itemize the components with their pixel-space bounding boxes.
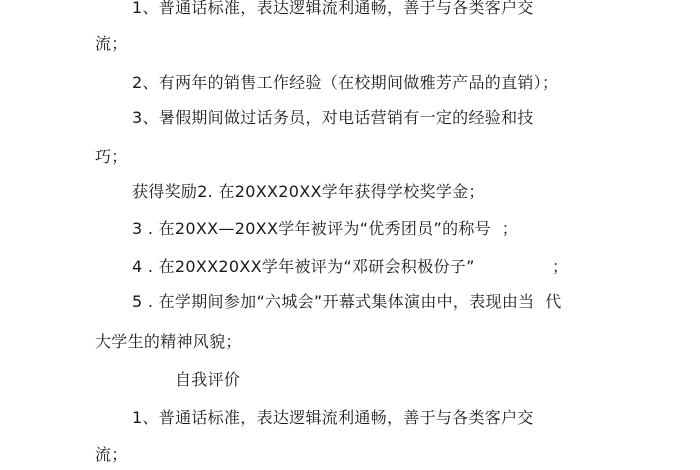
text-line-skill-2: 2、有两年的销售工作经验（在校期间做雅芳产品的直销）；: [132, 73, 558, 93]
text-line-eval-1-cont: 流；: [95, 445, 128, 465]
document-page: 1、普通话标准，表达逻辑流利通畅，善于与各类客户交 流； 2、有两年的销售工作经…: [0, 0, 700, 470]
text-line-skill-1: 1、普通话标准，表达逻辑流利通畅，善于与各类客户交: [132, 0, 534, 18]
text-line-award-5: 5 . 在学期间参加“六城会”开幕式集体演由中，表现由当 代: [132, 292, 562, 312]
text-line-award-4-semicolon: ；: [552, 257, 568, 277]
section-heading-self-evaluation: 自我评价: [175, 370, 240, 390]
text-line-award-4: 4 . 在20XX20XX学年被评为“邓研会积极份子”: [132, 257, 475, 277]
text-line-award-3: 3 . 在20XX—20XX学年被评为“优秀团员”的称号 ；: [132, 219, 518, 239]
text-line-award-2: 获得奖励2. 在20XX20XX学年获得学校奖学金；: [132, 182, 485, 202]
text-line-eval-1: 1、普通话标准，表达逻辑流利通畅，善于与各类客户交: [132, 408, 534, 428]
text-line-award-5-cont: 大学生的精神风貌；: [95, 332, 242, 352]
text-line-skill-3-cont: 巧；: [95, 147, 128, 167]
text-line-skill-3: 3、暑假期间做过话务员，对电话营销有一定的经验和技: [132, 108, 534, 128]
text-line-skill-1-cont: 流；: [95, 34, 128, 54]
